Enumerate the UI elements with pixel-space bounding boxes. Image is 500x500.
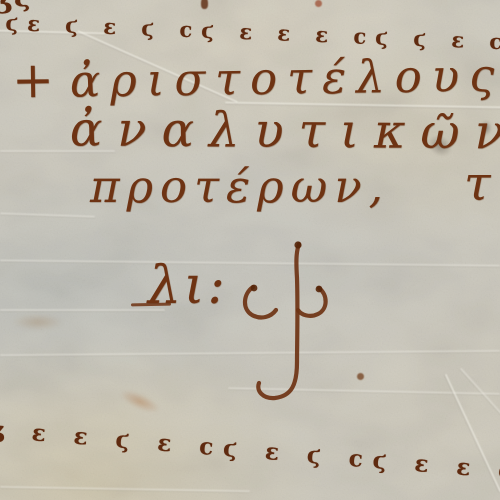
title-author-text: ἀριστοτέλους	[70, 49, 500, 108]
edge-glyph-fragment: τ	[464, 156, 491, 212]
quire-mark-letters: λι:	[148, 256, 228, 316]
ornamental-tailband: ʒ ε ε ϛ ε ϲϛ ε ϛ ϲϛ ε ε ϛ	[0, 416, 500, 486]
title-book-text: προτέρων,	[90, 160, 390, 213]
title-cross: +	[12, 51, 55, 110]
crease-line	[0, 350, 500, 356]
crease-line	[0, 259, 500, 266]
manuscript-page: ʒξ ϛε ϛ ε ϛ ϲϛ ε ε ε ϲϛ ϛ ε ϲϛ ε +ἀριστο…	[0, 0, 500, 500]
crease-line	[0, 30, 105, 35]
quire-mark-text: λι:	[148, 256, 228, 316]
title-line-book: προτέρων,	[90, 160, 390, 213]
title-line-author: +ἀριστοτέλους	[12, 45, 500, 110]
title-work-text: ἀναλυτικῶν	[70, 101, 500, 160]
ink-stain	[357, 373, 364, 380]
psi-symbol	[228, 234, 344, 406]
crease-line	[460, 367, 500, 424]
headband-fragment: ʒξ	[0, 0, 35, 16]
crease-line	[0, 309, 165, 311]
ink-stain	[201, 0, 208, 9]
headband-fragment-glyphs: ʒξ	[0, 0, 35, 16]
tailband-glyphs: ʒ ε ε ϛ ε ϲϛ ε ϛ ϲϛ ε ε ϛ	[0, 416, 500, 486]
ink-stain	[12, 314, 64, 330]
crease-line	[445, 374, 500, 493]
crease-line	[0, 212, 95, 217]
rust-stain	[117, 386, 163, 418]
title-line-work: ἀναλυτικῶν	[70, 101, 500, 160]
crease-line	[228, 387, 500, 395]
rust-stain	[315, 0, 322, 7]
edge-glyph-text: τ	[464, 156, 491, 212]
crease-line	[0, 486, 250, 492]
